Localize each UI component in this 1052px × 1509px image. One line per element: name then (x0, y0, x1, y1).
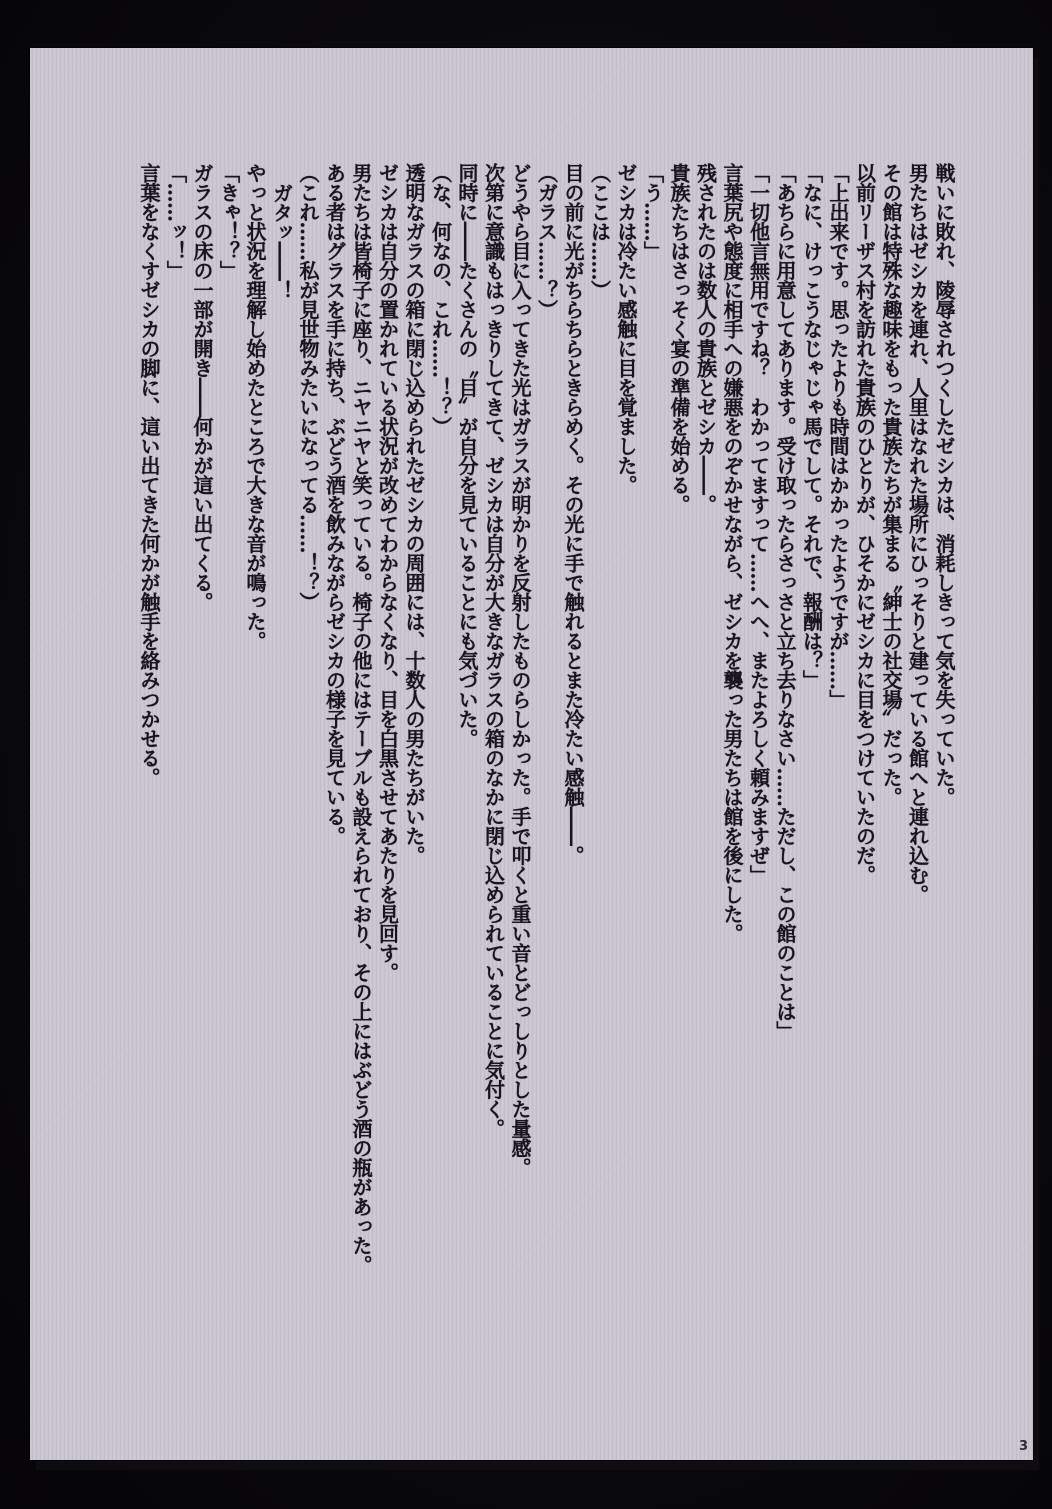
text-column: 目の前に光がちらちらときらめく。その光に手で触れるとまた冷たい感触――。 (560, 163, 587, 1318)
text-column: 言葉尻や態度に相手への嫌悪をのぞかせながら、ゼシカを襲った男たちは館を後にした。 (719, 163, 746, 1318)
text-column: 「なに、けっこうなじゃじゃ馬でして。それで、報酬は？」 (798, 163, 825, 1318)
text-column: ゼシカは自分の置かれている状況が改めてわからなくなり、目を白黒させてあたりを見回… (374, 163, 401, 1318)
text-column: 「きゃ！？」 (215, 163, 242, 1318)
text-column: 同時に――たくさんの〝目〟が自分を見ていることにも気づいた。 (454, 163, 481, 1318)
vertical-text-block: 戦いに敗れ、陵辱されつくしたゼシカは、消耗しきって気を失っていた。男たちはゼシカ… (136, 163, 958, 1318)
text-column: ゼシカは冷たい感触に目を覚ました。 (613, 163, 640, 1318)
novel-page: 戦いに敗れ、陵辱されつくしたゼシカは、消耗しきって気を失っていた。男たちはゼシカ… (30, 48, 1033, 1460)
text-column: 貴族たちはさっそく宴の準備を始める。 (666, 163, 693, 1318)
scan-background: 戦いに敗れ、陵辱されつくしたゼシカは、消耗しきって気を失っていた。男たちはゼシカ… (0, 0, 1052, 1509)
text-column: ガタッ――！ (268, 163, 295, 1318)
text-column: 「あちらに用意してあります。受け取ったらさっさと立ち去りなさい……ただし、この館… (772, 163, 799, 1318)
text-column: やっと状況を理解し始めたところで大きな音が鳴った。 (242, 163, 269, 1318)
text-column: 男たちは皆椅子に座り、ニヤニヤと笑っている。椅子の他にはテーブルも設えられており… (348, 163, 375, 1318)
text-column: 「上出来です。思ったよりも時間はかかったようですが……」 (825, 163, 852, 1318)
text-column: 戦いに敗れ、陵辱されつくしたゼシカは、消耗しきって気を失っていた。 (931, 163, 958, 1318)
page-number: 3 (1019, 1439, 1028, 1454)
text-column: 残されたのは数人の貴族とゼシカ――。 (692, 163, 719, 1318)
text-column: （な、何なの、これ……！？） (427, 163, 454, 1318)
text-column: （ここは……） (586, 163, 613, 1318)
text-column: ガラスの床の一部が開き――何かが這い出てくる。 (189, 163, 216, 1318)
text-column: 言葉をなくすゼシカの脚に、這い出てきた何かが触手を絡みつかせる。 (136, 163, 163, 1318)
text-column: その館は特殊な趣味をもった貴族たちが集まる〝紳士の社交場〟だった。 (878, 163, 905, 1318)
text-column: （ガラス……？） (533, 163, 560, 1318)
text-column: ある者はグラスを手に持ち、ぶどう酒を飲みながらゼシカの様子を見ている。 (321, 163, 348, 1318)
text-column: （これ……私が見世物みたいになってる……！？） (295, 163, 322, 1318)
text-column: 男たちはゼシカを連れ、人里はなれた場所にひっそりと建っている館へと連れ込む。 (904, 163, 931, 1318)
text-column: 「一切他言無用ですね？ わかってますって……へへ、またよろしく頼みますぜ」 (745, 163, 772, 1318)
text-column: 透明なガラスの箱に閉じ込められたゼシカの周囲には、十数人の男たちがいた。 (401, 163, 428, 1318)
text-column: 以前リーザス村を訪れた貴族のひとりが、ひそかにゼシカに目をつけていたのだ。 (851, 163, 878, 1318)
text-column: どうやら目に入ってきた光はガラスが明かりを反射したものらしかった。手で叩くと重い… (507, 163, 534, 1318)
text-column: 「う……」 (639, 163, 666, 1318)
text-column: 次第に意識もはっきりしてきて、ゼシカは自分が大きなガラスの箱のなかに閉じ込められ… (480, 163, 507, 1318)
text-column: 「……ッ！」 (162, 163, 189, 1318)
